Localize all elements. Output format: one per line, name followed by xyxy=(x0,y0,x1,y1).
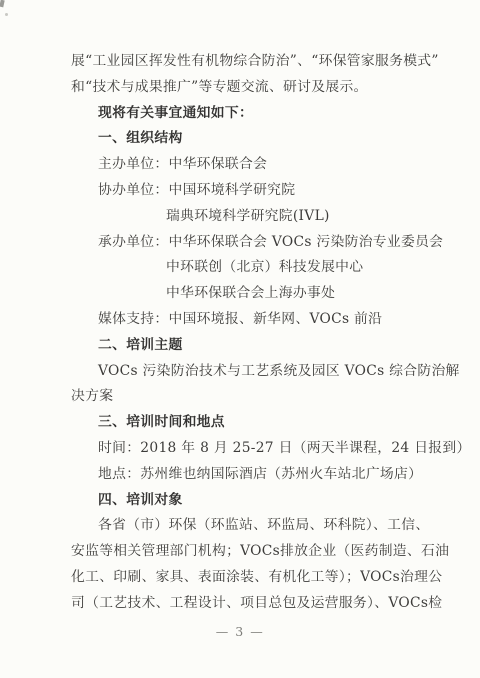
page-number: — 3 — xyxy=(216,624,264,639)
organizer-line-3: 中华环保联合会上海办事处 xyxy=(166,281,464,307)
host-line: 主办单位：中华环保联合会 xyxy=(98,152,464,178)
section-2-heading: 二、培训主题 xyxy=(98,333,464,359)
audience-line-1: 各省（市）环保（环监站、环监局、环科院）、工信、 xyxy=(98,513,464,539)
section-1-heading: 一、组织结构 xyxy=(98,126,464,152)
audience-line-2: 安监等相关管理部门机构；VOCs排放企业（医药制造、石油 xyxy=(71,539,464,565)
organizer-line-2: 中环联创（北京）科技发展中心 xyxy=(166,255,464,281)
scanned-document-page: 展“工业园区挥发性有机物综合防治”、“环保管家服务模式” 和“技术与成果推广”等… xyxy=(0,0,480,678)
intro-line-2: 和“技术与成果推广”等专题交流、研讨及展示。 xyxy=(71,75,464,101)
notice-line: 现将有关事宜通知如下： xyxy=(98,101,464,127)
scan-artifact xyxy=(5,13,8,16)
co-host-line-1: 协办单位：中国环境科学研究院 xyxy=(98,178,464,204)
time-line: 时间：2018 年 8 月 25-27 日（两天半课程，24 日报到） xyxy=(98,436,464,462)
audience-line-4: 司（工艺技术、工程设计、项目总包及运营服务）、VOCs检 xyxy=(71,591,464,617)
media-support-line: 媒体支持：中国环境报、新华网、VOCs 前沿 xyxy=(98,307,464,333)
organizer-line-1: 承办单位：中华环保联合会 VOCs 污染防治专业委员会 xyxy=(98,230,464,256)
topic-line-1: VOCs 污染防治技术与工艺系统及园区 VOCs 综合防治解 xyxy=(98,359,464,385)
audience-line-3: 化工、印刷、家具、表面涂装、有机化工等）；VOCs治理公 xyxy=(71,565,464,591)
venue-line: 地点：苏州维也纳国际酒店（苏州火车站北广场店） xyxy=(98,462,464,488)
co-host-line-2: 瑞典环境科学研究院(IVL) xyxy=(166,204,464,230)
page-footer: — 3 — xyxy=(0,622,480,642)
scan-artifact xyxy=(0,0,5,7)
section-3-heading: 三、培训时间和地点 xyxy=(98,410,464,436)
topic-line-2: 决方案 xyxy=(71,384,464,410)
section-4-heading: 四、培训对象 xyxy=(98,488,464,514)
intro-line-1: 展“工业园区挥发性有机物综合防治”、“环保管家服务模式” xyxy=(71,49,464,75)
document-body: 展“工业园区挥发性有机物综合防治”、“环保管家服务模式” 和“技术与成果推广”等… xyxy=(0,49,480,617)
